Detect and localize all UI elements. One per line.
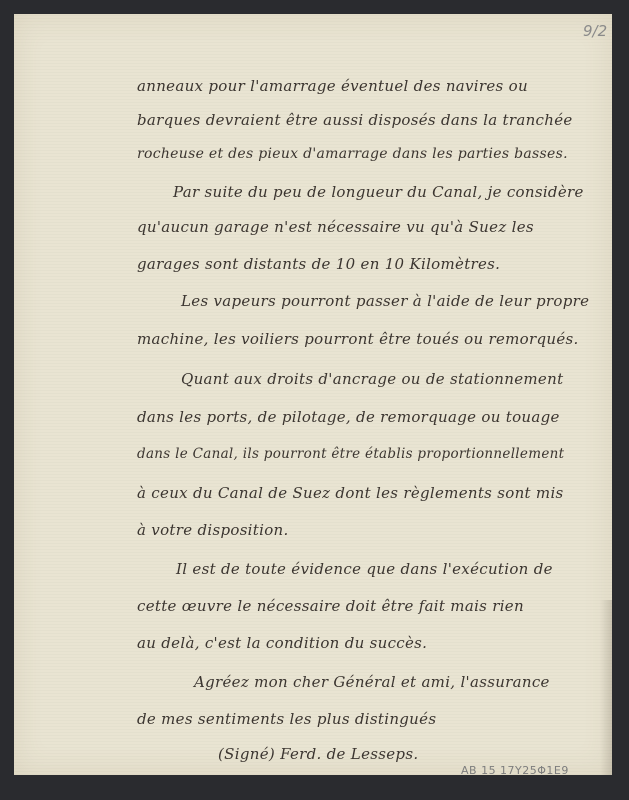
letter-line: Agréez mon cher Général et ami, l'assura… xyxy=(194,673,550,691)
signature: (Signé) Ferd. de Lesseps. xyxy=(218,745,418,763)
letter-line: Les vapeurs pourront passer à l'aide de … xyxy=(181,292,589,310)
letter-line: Quant aux droits d'ancrage ou de station… xyxy=(181,370,563,388)
letter-line: dans les ports, de pilotage, de remorqua… xyxy=(137,408,560,426)
letter-line: anneaux pour l'amarrage éventuel des nav… xyxy=(137,77,528,95)
letter-line: barques devraient être aussi disposés da… xyxy=(137,111,573,129)
folio-number: 9/2 xyxy=(583,22,607,40)
letter-line: qu'aucun garage n'est nécessaire vu qu'à… xyxy=(137,218,534,236)
letter-line: Par suite du peu de longueur du Canal, j… xyxy=(173,183,584,201)
letter-line: au delà, c'est la condition du succès. xyxy=(137,634,427,652)
page-edge-stain xyxy=(600,600,612,775)
letter-line: à ceux du Canal de Suez dont les règleme… xyxy=(137,484,564,502)
archive-reference-mark: AB 15 17Y25Φ1E9 xyxy=(461,764,569,777)
letter-line: Il est de toute évidence que dans l'exéc… xyxy=(176,560,553,578)
letter-line: dans le Canal, ils pourront être établis… xyxy=(137,446,564,462)
letter-line: de mes sentiments les plus distingués xyxy=(137,710,436,728)
letter-line: cette œuvre le nécessaire doit être fait… xyxy=(137,597,524,615)
letter-line: à votre disposition. xyxy=(137,521,289,539)
letter-line: machine, les voiliers pourront être toué… xyxy=(137,330,579,348)
letter-line: rocheuse et des pieux d'amarrage dans le… xyxy=(137,146,568,162)
letter-line: garages sont distants de 10 en 10 Kilomè… xyxy=(137,255,500,273)
